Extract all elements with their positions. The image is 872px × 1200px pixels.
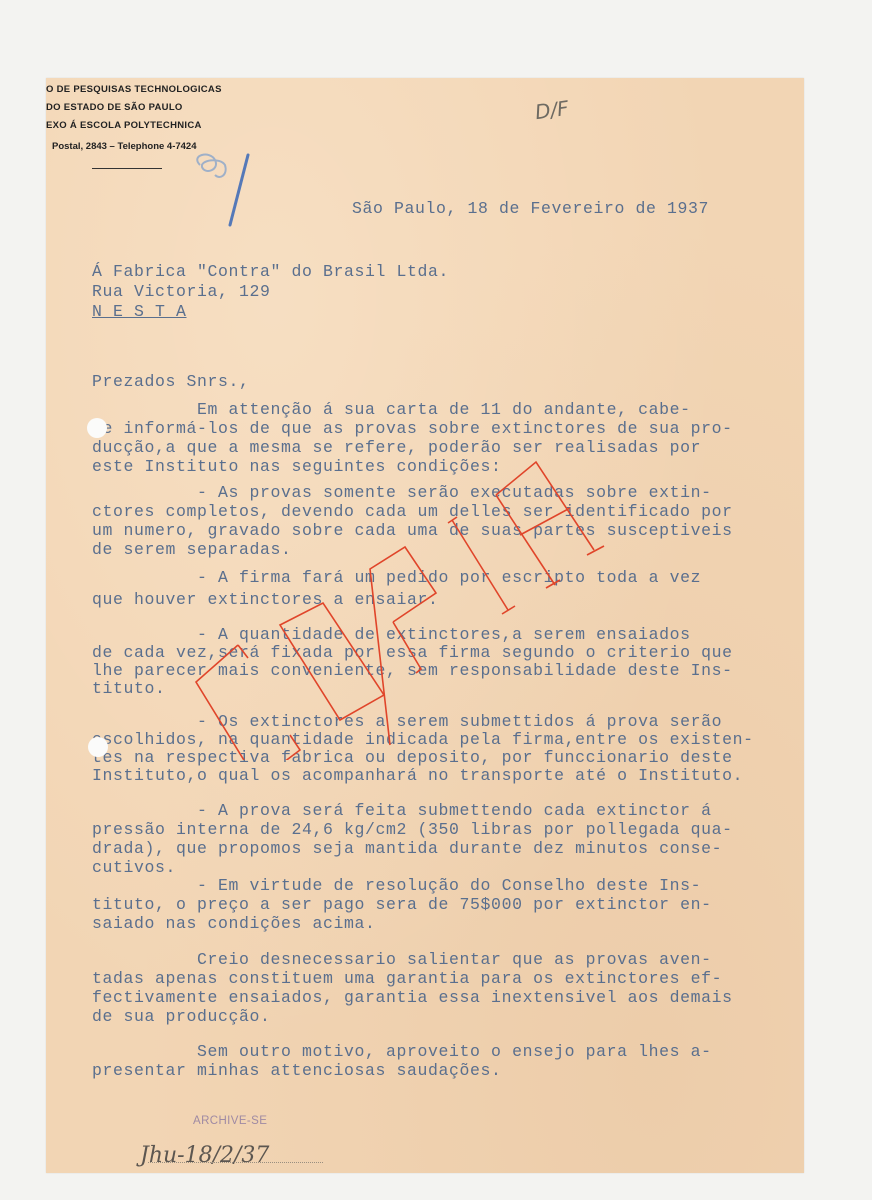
archive-stamp: ARCHIVE-SE bbox=[193, 1115, 267, 1127]
dotted-line bbox=[148, 1162, 323, 1163]
body-line: - A quantidade de extinctores,a serem en… bbox=[92, 625, 691, 644]
body-line: - A firma fará um pedido por escripto to… bbox=[92, 568, 701, 587]
body-line: - As provas somente serão executadas sob… bbox=[92, 483, 712, 502]
body-line: tituto, o preço a ser pago sera de 75$00… bbox=[92, 895, 712, 914]
body-line: ducção,a que a mesma se refere, poderão … bbox=[92, 438, 701, 457]
punch-hole bbox=[88, 737, 108, 757]
body-line: que houver extinctores a ensaiar. bbox=[92, 590, 439, 609]
body-line: Instituto,o qual os acompanhará no trans… bbox=[92, 766, 743, 785]
body-line: tituto. bbox=[92, 679, 166, 698]
body-line: Sem outro motivo, aproveito o ensejo par… bbox=[92, 1042, 712, 1061]
letterhead-line-2: DO ESTADO DE SÃO PAULO bbox=[46, 101, 222, 119]
blue-pencil-mark-icon bbox=[190, 145, 260, 230]
letterhead-line-3: EXO Á ESCOLA POLYTECHNICA bbox=[46, 119, 222, 137]
letterhead: O DE PESQUISAS TECHNOLOGICAS DO ESTADO D… bbox=[46, 83, 222, 137]
punch-hole bbox=[87, 418, 107, 438]
body-line: - A prova será feita submettendo cada ex… bbox=[92, 801, 712, 820]
letterhead-line-1: O DE PESQUISAS TECHNOLOGICAS bbox=[46, 83, 222, 101]
body-line: fectivamente ensaiados, garantia essa in… bbox=[92, 988, 733, 1007]
recipient-line-3: N E S T A bbox=[92, 302, 187, 321]
body-line: saiado nas condições acima. bbox=[92, 914, 376, 933]
recipient-line-1: Á Fabrica "Contra" do Brasil Ltda. bbox=[92, 262, 449, 281]
body-line: me informá-los de que as provas sobre ex… bbox=[92, 419, 733, 438]
body-line: lhe parecer mais conveniente, sem respon… bbox=[92, 661, 733, 680]
handwritten-archive-note: Jhu-18/2/37 bbox=[140, 1143, 269, 1168]
recipient-line-2: Rua Victoria, 129 bbox=[92, 282, 271, 301]
body-line: cutivos. bbox=[92, 858, 176, 877]
body-line: escolhidos, na quantidade indicada pela … bbox=[92, 730, 754, 749]
body-line: um numero, gravado sobre cada uma de sua… bbox=[92, 521, 733, 540]
salutation: Prezados Snrs., bbox=[92, 372, 250, 391]
body-line: - Em virtude de resolução do Conselho de… bbox=[92, 876, 701, 895]
body-line: tes na respectiva fabrica ou deposito, p… bbox=[92, 748, 733, 767]
body-line: este Instituto nas seguintes condições: bbox=[92, 457, 502, 476]
body-line: de serem separadas. bbox=[92, 540, 292, 559]
letter-date: São Paulo, 18 de Fevereiro de 1937 bbox=[352, 199, 709, 218]
letterhead-divider bbox=[92, 168, 162, 169]
body-line: de cada vez,será fixada por essa firma s… bbox=[92, 643, 733, 662]
body-line: Creio desnecessario salientar que as pro… bbox=[92, 950, 712, 969]
body-line: drada), que propomos seja mantida durant… bbox=[92, 839, 722, 858]
body-line: presentar minhas attenciosas saudações. bbox=[92, 1061, 502, 1080]
pencil-annotation-df: D/F bbox=[533, 96, 570, 124]
body-line: ctores completos, devendo cada um delles… bbox=[92, 502, 733, 521]
body-line: de sua producção. bbox=[92, 1007, 271, 1026]
body-line: Em attenção á sua carta de 11 do andante… bbox=[92, 400, 691, 419]
body-line: - Os extinctores a serem submettidos á p… bbox=[92, 712, 722, 731]
letterhead-contact: Postal, 2843 – Telephone 4-7424 bbox=[52, 141, 197, 152]
body-line: tadas apenas constituem uma garantia par… bbox=[92, 969, 722, 988]
body-line: pressão interna de 24,6 kg/cm2 (350 libr… bbox=[92, 820, 733, 839]
